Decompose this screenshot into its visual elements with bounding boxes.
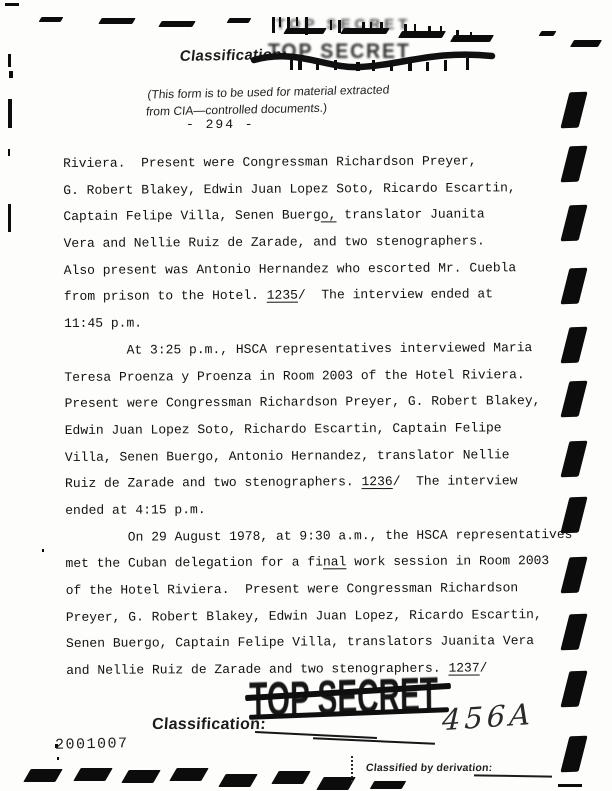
film-edge-mark	[271, 771, 311, 784]
typed-line: Present were Congressman Richardson Prey…	[64, 388, 569, 418]
typed-line: Captain Felipe Villa, Senen Buergo, tran…	[63, 201, 568, 231]
film-edge-mark	[558, 784, 582, 787]
page-number: - 294 -	[186, 117, 255, 132]
paragraph: At 3:25 p.m., HSCA representatives inter…	[64, 335, 570, 525]
handwritten-document-code: 456A	[442, 697, 535, 738]
paragraph: Riviera. Present were Congressman Richar…	[63, 148, 569, 338]
document-body: Riviera. Present were Congressman Richar…	[63, 148, 571, 685]
typed-line: Villa, Senen Buergo, Antonio Hernandez, …	[65, 441, 570, 471]
top-secret-stamp: TOP SECRET	[249, 675, 449, 730]
film-edge-mark	[560, 736, 587, 773]
typed-line: Riviera. Present were Congressman Richar…	[63, 148, 568, 178]
typed-line: On 29 August 1978, at 9:30 a.m., the HSC…	[65, 522, 570, 552]
typed-line: Also present was Antonio Hernandez who e…	[64, 255, 569, 285]
paragraph: On 29 August 1978, at 9:30 a.m., the HSC…	[65, 522, 571, 685]
classification-bottom-label: Classification:	[151, 716, 266, 734]
film-edge-mark	[23, 769, 63, 782]
film-edge-mark	[5, 3, 19, 6]
typed-line: G. Robert Blakey, Edwin Juan Lopez Soto,…	[63, 175, 568, 205]
film-edge-mark	[169, 768, 209, 781]
typed-line: Ruiz de Zarade and two stenographers. 12…	[65, 468, 570, 498]
classified-by-derivation-label: Classified by derivation:	[365, 762, 493, 774]
typed-line: from prison to the Hotel. 1235/ The inte…	[64, 281, 569, 311]
typed-line: Teresa Proenza y Proenza in Room 2003 of…	[64, 361, 569, 391]
form-usage-note: (This form is to be used for material ex…	[145, 81, 390, 119]
typed-line: 11:45 p.m.	[64, 308, 569, 338]
typed-line: met the Cuban delegation for a final wor…	[65, 548, 570, 578]
film-edge-mark	[39, 17, 64, 22]
film-edge-mark	[316, 777, 356, 790]
film-edge-mark	[8, 204, 11, 232]
film-edge-mark	[9, 71, 13, 78]
film-edge-mark	[8, 149, 10, 156]
film-edge-mark	[570, 40, 602, 47]
typed-line: of the Hotel Riviera. Present were Congr…	[66, 575, 571, 605]
film-edge-mark	[227, 18, 252, 23]
film-edge-mark	[57, 757, 59, 760]
film-edge-mark	[158, 21, 195, 27]
stamp-remnant-text: TOP SECRET	[276, 16, 488, 33]
document-number: 2001007	[55, 735, 129, 754]
typed-line: Edwin Juan Lopez Soto, Richardo Escartin…	[65, 415, 570, 445]
film-edge-mark	[370, 781, 407, 789]
obliteration-strike-line	[252, 38, 496, 72]
film-edge-mark	[218, 774, 258, 787]
typed-line: At 3:25 p.m., HSCA representatives inter…	[64, 335, 569, 365]
film-edge-mark	[98, 18, 135, 24]
typed-line: ended at 4:15 p.m.	[65, 495, 570, 525]
obliterated-classification-stamp: TOP SECRET TOP SECRET	[266, 14, 482, 74]
typed-line: Vera and Nellie Ruiz de Zarade, and two …	[63, 228, 568, 258]
scanned-document-page: Classification: TOP SECRET TOP SECRET (T…	[0, 0, 612, 791]
film-edge-mark	[8, 99, 12, 128]
film-edge-mark	[8, 54, 11, 67]
typed-line: Preyer, G. Robert Blakey, Edwin Juan Lop…	[66, 602, 571, 632]
film-edge-mark	[121, 770, 161, 783]
film-edge-mark	[42, 549, 44, 552]
film-edge-mark	[539, 31, 557, 36]
derivation-blank-line	[474, 774, 552, 777]
dotted-separator	[351, 756, 353, 782]
typed-line: Senen Buergo, Captain Felipe Villa, tran…	[66, 628, 571, 658]
film-edge-mark	[73, 768, 113, 781]
film-edge-mark	[560, 92, 587, 129]
